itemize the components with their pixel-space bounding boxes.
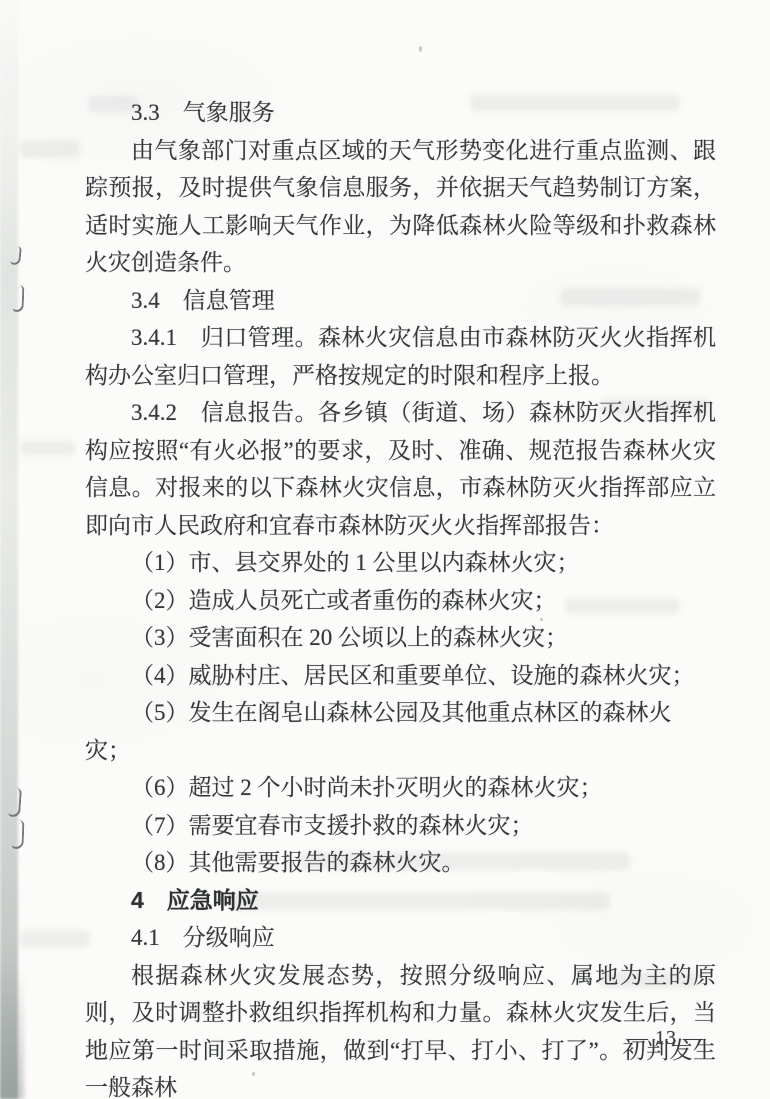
report-item-5: （5）发生在阁皂山森林公园及其他重点林区的森林火灾；: [85, 694, 716, 769]
page-number: — 13 —: [628, 1026, 704, 1050]
paragraph-3-4-1: 3.4.1 归口管理。森林火灾信息由市森林防灭火火指挥机构办公室归口管理，严格按…: [85, 319, 716, 394]
scan-artifact: [20, 930, 90, 948]
binding-mark: [13, 285, 25, 312]
scan-artifact: [20, 140, 80, 158]
scan-edge-shadow: [0, 0, 18, 1099]
scan-corner-shadow: [0, 969, 24, 1099]
section-heading-4-1: 4.1 分级响应: [85, 919, 716, 957]
scanned-document-page: 3.3 气象服务 由气象部门对重点区域的天气形势变化进行重点监测、跟踪预报，及时…: [0, 0, 770, 1099]
section-heading-4: 4 应急响应: [85, 882, 716, 920]
paragraph-3-4-2: 3.4.2 信息报告。各乡镇（街道、场）森林防灭火指挥机构应按照“有火必报”的要…: [85, 394, 716, 544]
binding-mark: [10, 246, 22, 266]
scan-artifact: [20, 440, 75, 456]
paragraph-weather-service: 由气象部门对重点区域的天气形势变化进行重点监测、跟踪预报，及时提供气象信息服务，…: [85, 132, 716, 282]
binding-mark: [11, 820, 24, 849]
report-item-2: （2）造成人员死亡或者重伤的森林火灾；: [85, 582, 716, 620]
report-item-3: （3）受害面积在 20 公顷以上的森林火灾；: [85, 619, 716, 657]
paragraph-graded-response: 根据森林火灾发展态势，按照分级响应、属地为主的原则，及时调整扑救组织指挥机构和力…: [85, 957, 716, 1099]
report-item-8: （8）其他需要报告的森林火灾。: [85, 844, 716, 882]
section-heading-3-3: 3.3 气象服务: [85, 94, 716, 132]
page-content: 3.3 气象服务 由气象部门对重点区域的天气形势变化进行重点监测、跟踪预报，及时…: [85, 94, 716, 1099]
scan-speck: [419, 46, 422, 52]
report-item-6: （6）超过 2 个小时尚未扑灭明火的森林火灾；: [85, 769, 716, 807]
report-item-1: （1）市、县交界处的 1 公里以内森林火灾；: [85, 544, 716, 582]
report-item-4: （4）威胁村庄、居民区和重要单位、设施的森林火灾；: [85, 657, 716, 695]
report-item-7: （7）需要宜春市支援扑救的森林火灾；: [85, 807, 716, 845]
binding-mark: [8, 788, 22, 818]
section-heading-3-4: 3.4 信息管理: [85, 282, 716, 320]
